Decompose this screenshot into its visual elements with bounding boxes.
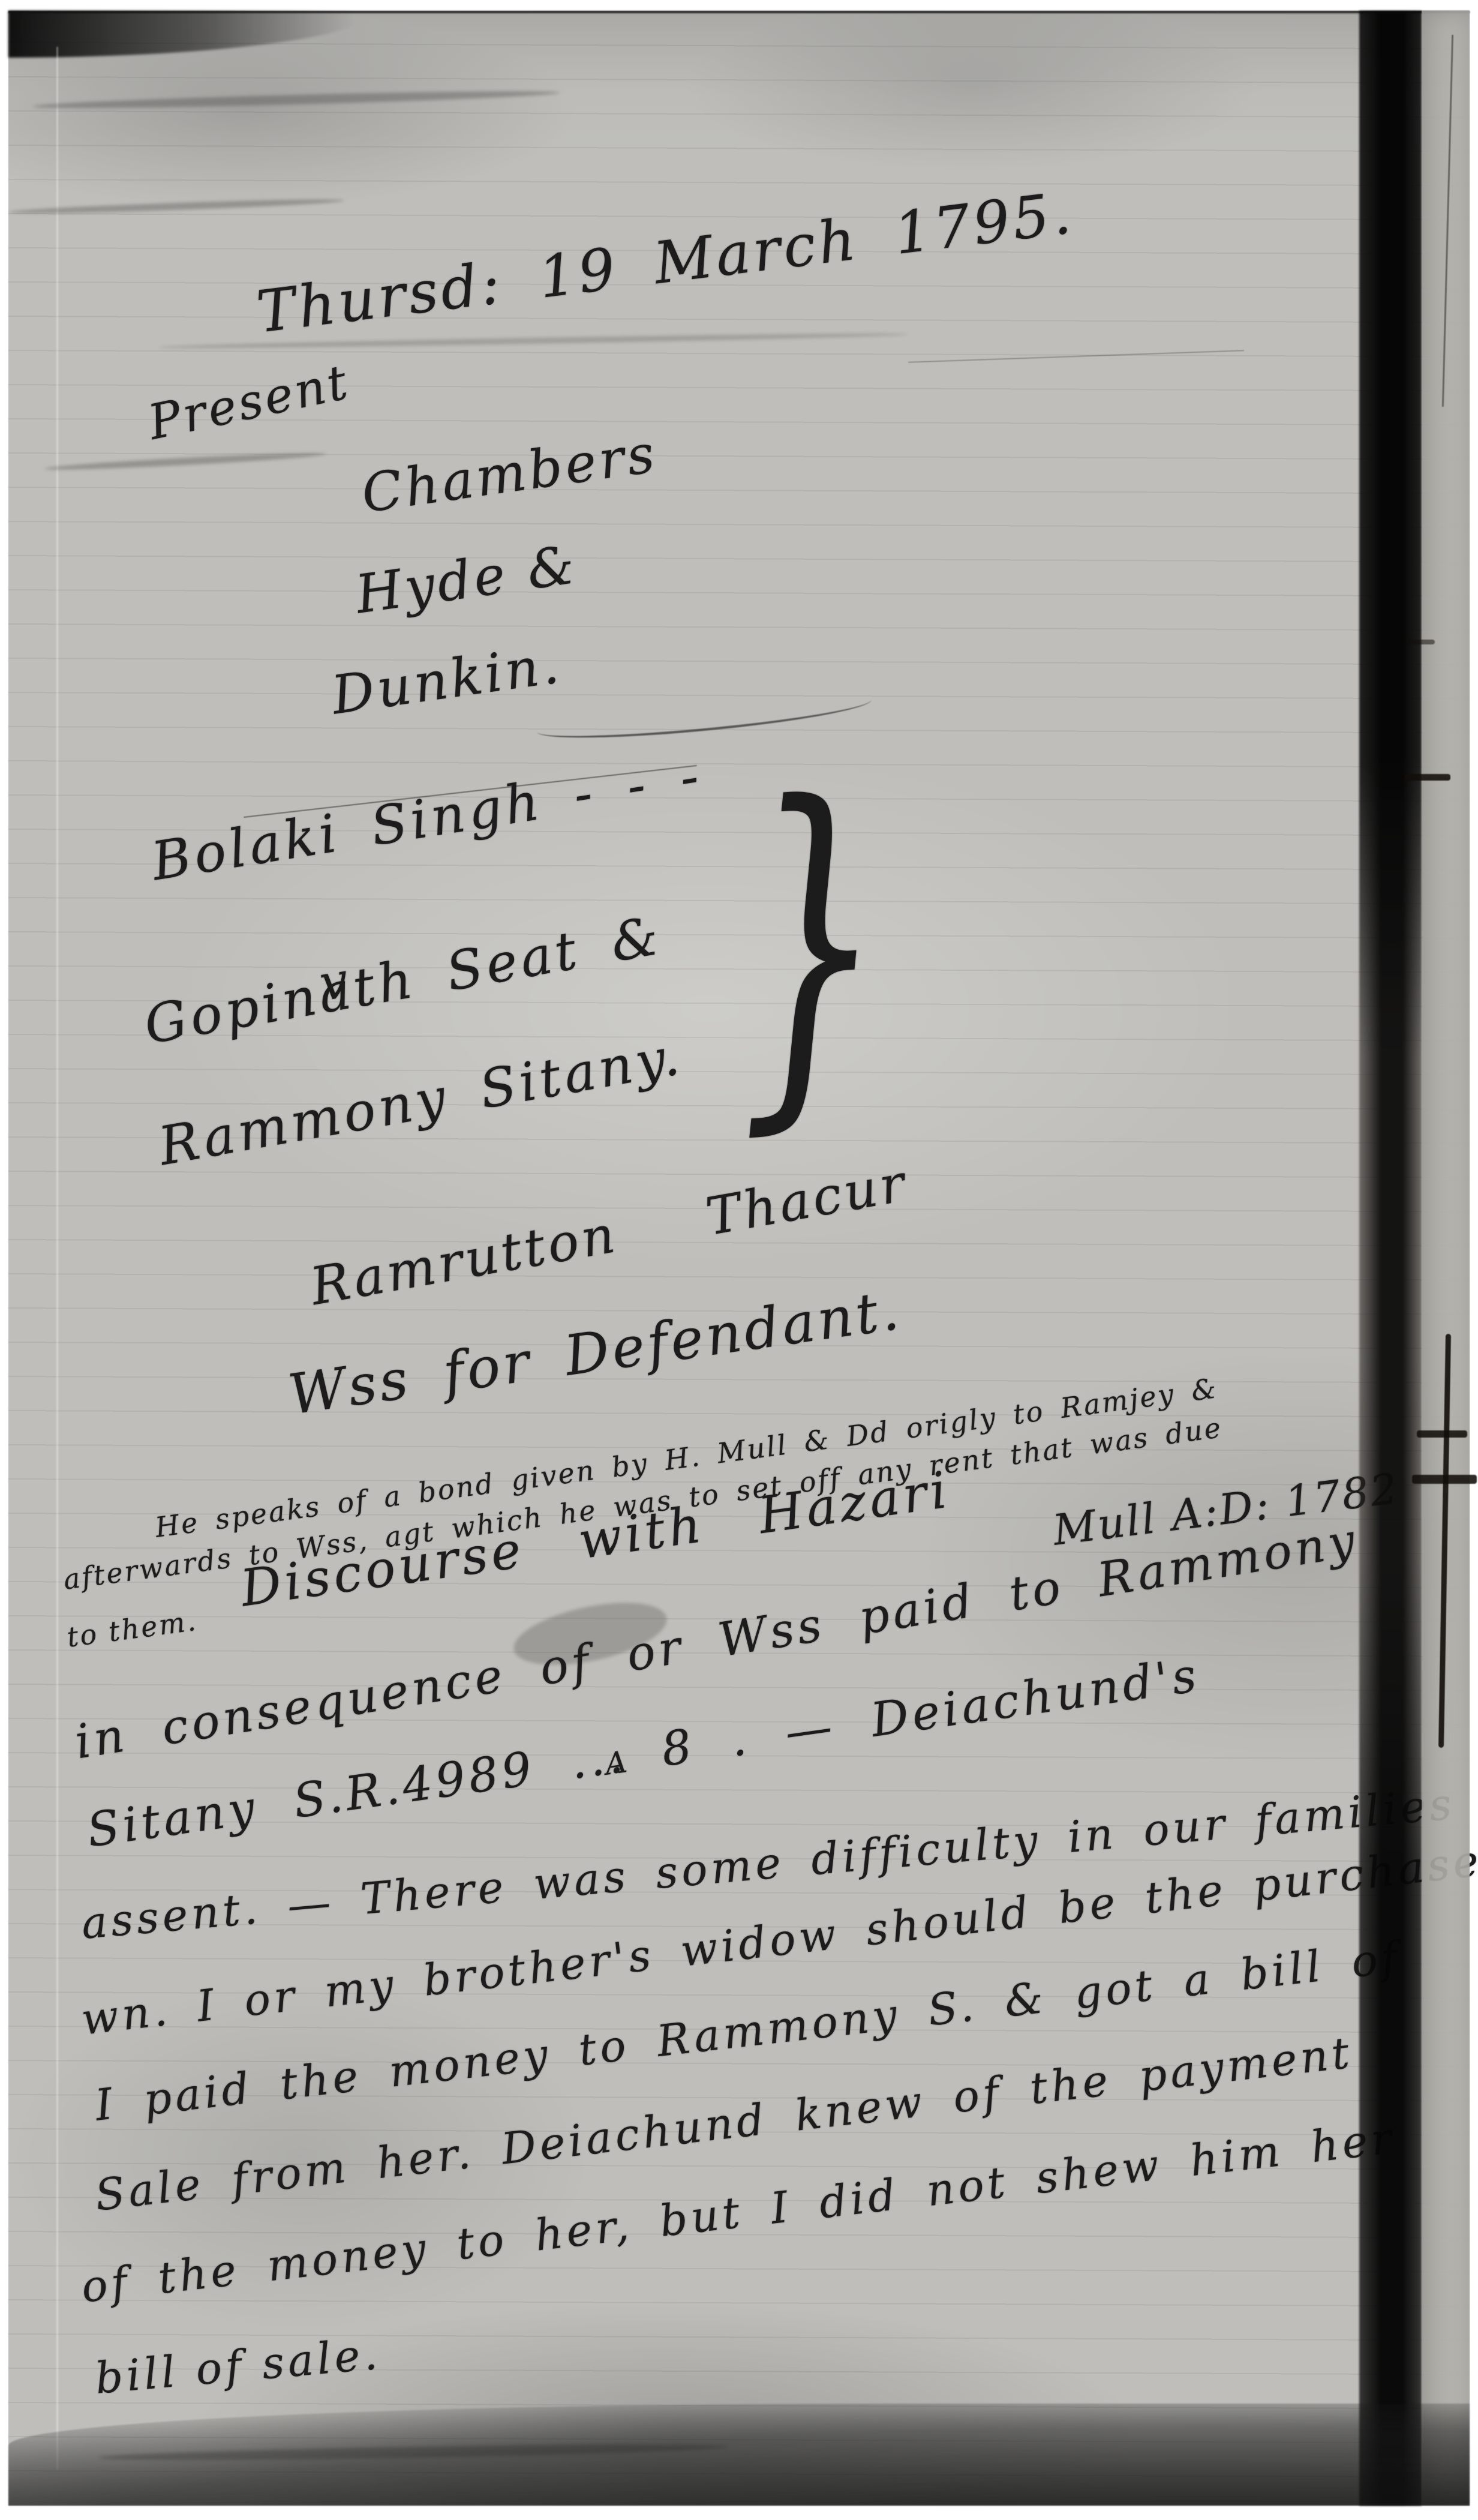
marginal-note-line-3: to them. (65, 1607, 199, 1651)
paper-smudge (8, 197, 344, 216)
judge-name-dunkin: Dunkin. (329, 638, 565, 722)
stitch-mark (1405, 774, 1450, 781)
stitch-mark (1417, 1430, 1467, 1438)
judge-name-hyde: Hyde & (353, 538, 581, 622)
stitch-mark (1412, 1475, 1477, 1484)
case-brace: } (733, 755, 888, 1135)
manuscript-scan: Thursd: 19 March 1795. Present Chambers … (0, 0, 1478, 2520)
date-heading: Thursd: 19 March 1795. (254, 184, 1077, 341)
bottom-page-shadow (8, 2404, 1470, 2506)
present-label: Present (145, 358, 354, 447)
paper-smudge (32, 88, 560, 111)
insertion-caret: A (603, 1747, 629, 1780)
paper-smudge (44, 451, 326, 473)
defendant-name-1: Gopinath Seat & (140, 909, 665, 1052)
stitch-mark (1406, 640, 1435, 644)
binding-gutter (1359, 11, 1422, 2506)
testimony-line: bill of sale. (94, 2332, 383, 2400)
top-left-shadow (8, 11, 368, 58)
defendant-name-2: Rammony Sitany. (155, 1029, 686, 1173)
judge-name-chambers: Chambers (359, 427, 660, 520)
date-flourish (908, 350, 1244, 363)
manuscript-page: Thursd: 19 March 1795. Present Chambers … (8, 11, 1470, 2506)
paper-crease (56, 47, 58, 2470)
adjacent-page-strip (1422, 11, 1470, 2506)
plaintiff-name: Bolaki Singh - - - (148, 749, 705, 889)
